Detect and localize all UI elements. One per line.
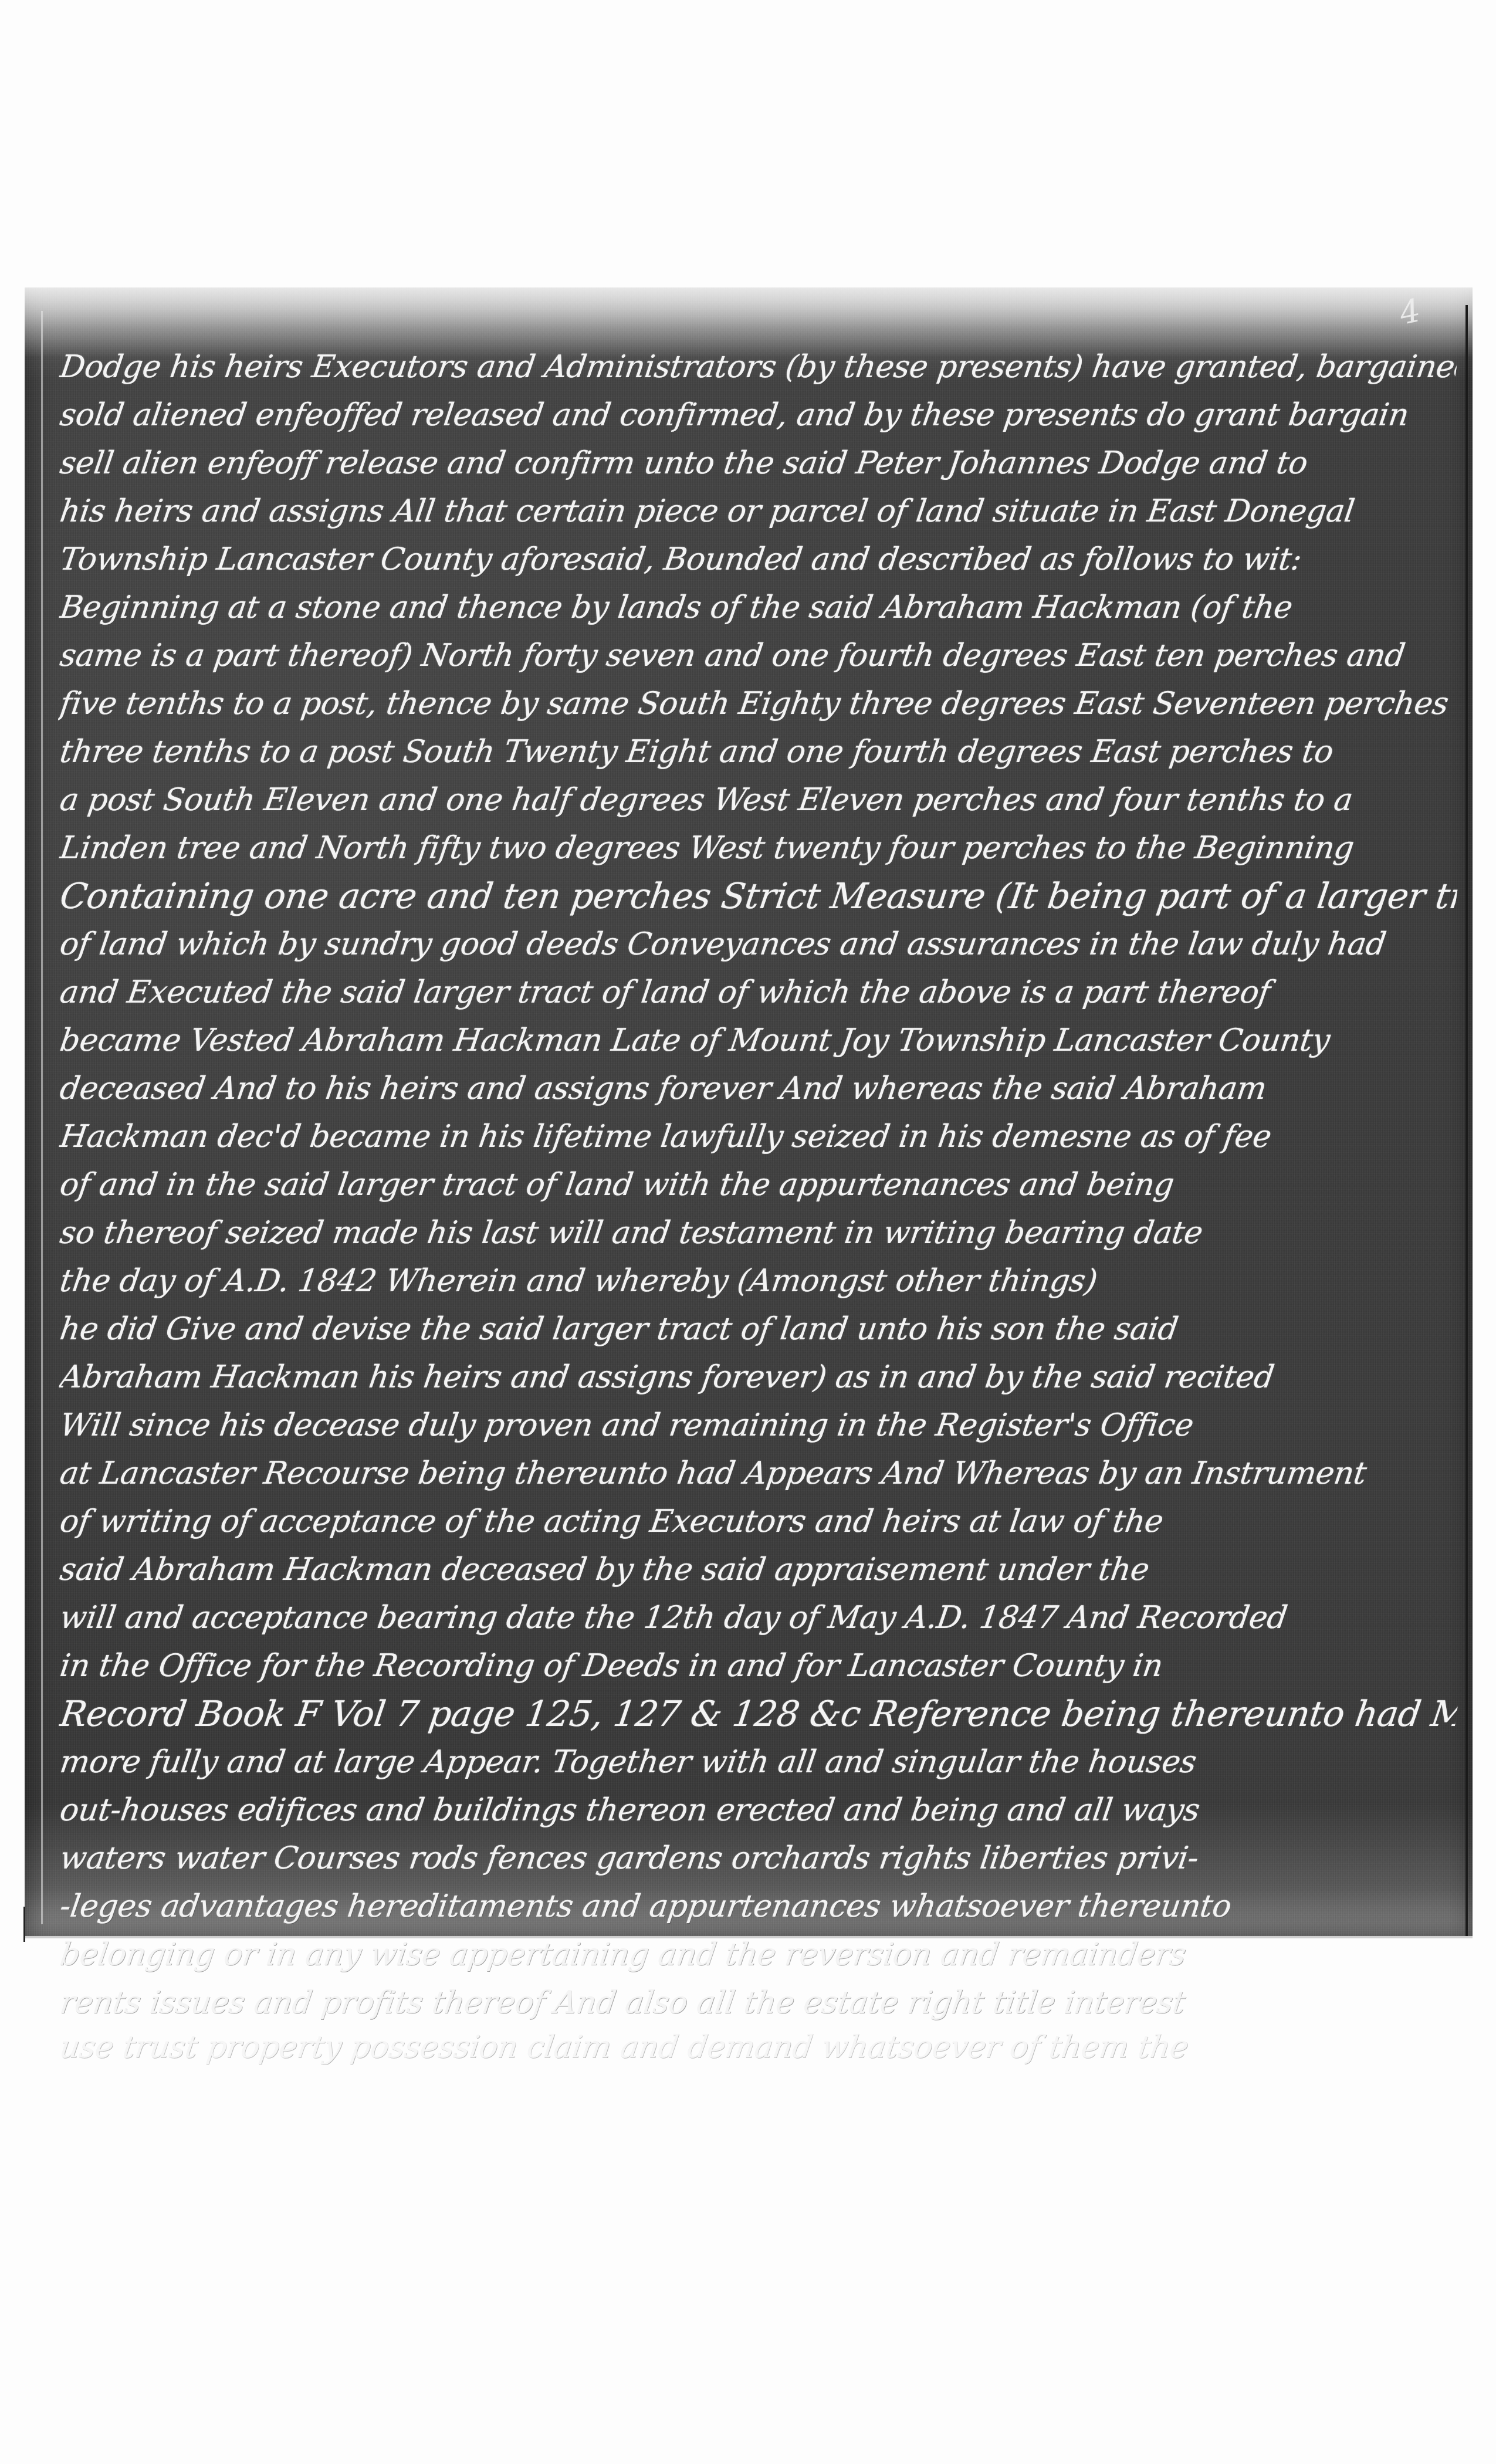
deed-line: Beginning at a stone and thence by lands… bbox=[57, 584, 1460, 632]
deed-line: became Vested Abraham Hackman Late of Mo… bbox=[57, 1017, 1460, 1065]
deed-handwritten-text: Dodge his heirs Executors and Administra… bbox=[57, 343, 1453, 2068]
deed-line: three tenths to a post South Twenty Eigh… bbox=[57, 728, 1460, 776]
deed-line: will and acceptance bearing date the 12t… bbox=[57, 1594, 1460, 1642]
deed-line: in the Office for the Recording of Deeds… bbox=[57, 1642, 1460, 1690]
deed-line: of and in the said larger tract of land … bbox=[57, 1161, 1460, 1209]
photostat-document: 4 Dodge his heirs Executors and Administ… bbox=[25, 287, 1473, 1936]
scanned-page: 4 Dodge his heirs Executors and Administ… bbox=[0, 0, 1496, 2464]
deed-line: of writing of acceptance of the acting E… bbox=[57, 1498, 1460, 1546]
deed-line: five tenths to a post, thence by same So… bbox=[57, 680, 1460, 728]
deed-line: at Lancaster Recourse being thereunto ha… bbox=[57, 1450, 1460, 1498]
deed-line: sell alien enfeoff release and confirm u… bbox=[57, 439, 1460, 488]
deed-line: so thereof seized made his last will and… bbox=[57, 1209, 1460, 1257]
deed-line: Hackman dec'd became in his lifetime law… bbox=[57, 1113, 1460, 1161]
deed-line: sold aliened enfeoffed released and conf… bbox=[57, 391, 1460, 439]
deed-line: Record Book F Vol 7 page 125, 127 & 128 … bbox=[57, 1690, 1460, 1738]
deed-line: he did Give and devise the said larger t… bbox=[57, 1305, 1460, 1353]
left-margin-rule bbox=[41, 311, 43, 1924]
deed-line: out-houses edifices and buildings thereo… bbox=[57, 1786, 1460, 1835]
deed-line: Containing one acre and ten perches Stri… bbox=[57, 872, 1460, 920]
deed-line: the day of A.D. 1842 Wherein and whereby… bbox=[57, 1257, 1460, 1305]
deed-line: Will since his decease duly proven and r… bbox=[57, 1402, 1460, 1450]
deed-line: rents issues and profits thereof And als… bbox=[57, 1979, 1460, 2027]
deed-line: deceased And to his heirs and assigns fo… bbox=[57, 1065, 1460, 1113]
deed-line: Linden tree and North fifty two degrees … bbox=[57, 824, 1460, 872]
deed-line: and Executed the said larger tract of la… bbox=[57, 969, 1460, 1017]
deed-line: Dodge his heirs Executors and Administra… bbox=[57, 343, 1460, 391]
right-margin-rule bbox=[1465, 305, 1468, 1936]
deed-line: Township Lancaster County aforesaid, Bou… bbox=[57, 536, 1460, 584]
deed-line: of land which by sundry good deeds Conve… bbox=[57, 920, 1460, 969]
deed-line: use trust property possession claim and … bbox=[57, 2027, 1459, 2068]
deed-line: said Abraham Hackman deceased by the sai… bbox=[57, 1546, 1460, 1594]
deed-line: waters water Courses rods fences gardens… bbox=[57, 1835, 1460, 1883]
deed-line: his heirs and assigns All that certain p… bbox=[57, 488, 1460, 536]
deed-line: Abraham Hackman his heirs and assigns fo… bbox=[57, 1353, 1460, 1402]
left-edge-mark bbox=[23, 1907, 25, 1942]
deed-line: -leges advantages hereditaments and appu… bbox=[57, 1883, 1460, 1931]
deed-line: more fully and at large Appear. Together… bbox=[57, 1738, 1460, 1786]
photostat-bottom-edge bbox=[25, 1936, 1473, 1938]
deed-line: a post South Eleven and one half degrees… bbox=[57, 776, 1460, 824]
deed-line: same is a part thereof) North forty seve… bbox=[57, 632, 1460, 680]
